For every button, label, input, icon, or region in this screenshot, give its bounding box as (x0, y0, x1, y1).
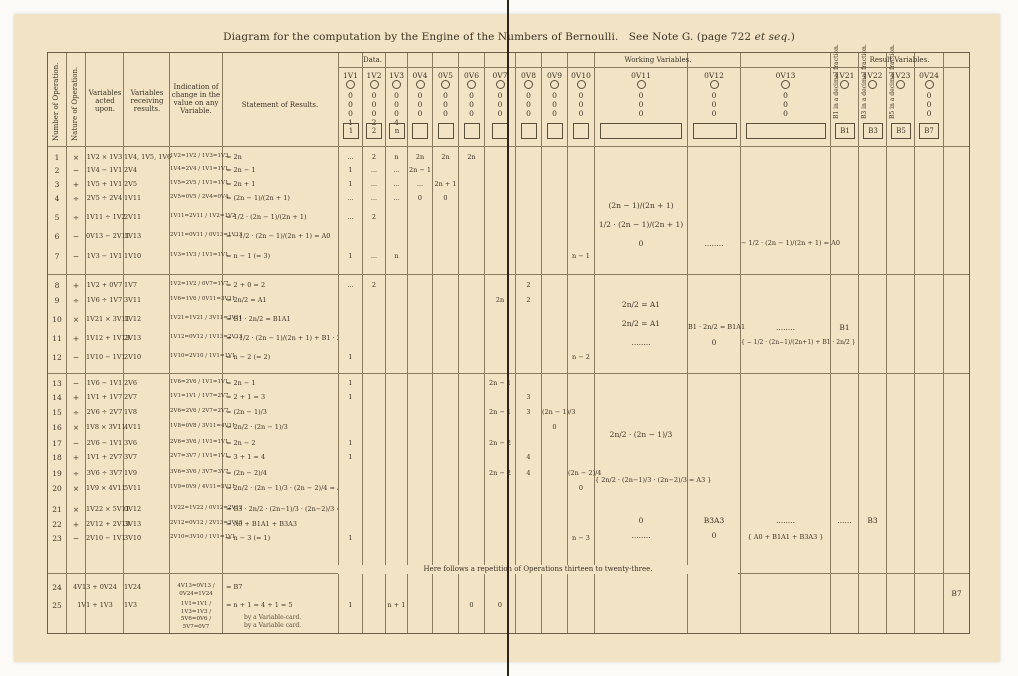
operation-symbol-and-vars: 1V1 + 1V3 (67, 601, 123, 610)
variables-acted: 2V12 + 2V13 (86, 520, 123, 529)
operation-symbol: × (67, 484, 85, 493)
operation-number: 8 (48, 281, 66, 290)
v11-value: ........ (595, 338, 687, 347)
statement-of-result: = B7 (226, 583, 338, 592)
variables-receiving: 2V4 (124, 166, 169, 175)
change-indication: 1V9=0V9 / 4V11=5V11 (170, 484, 222, 492)
grid-value: 2n (408, 153, 432, 162)
statement-of-result: = n − 2 (= 2) (226, 353, 338, 362)
column-name: 0V4 (408, 71, 432, 80)
grid-value: 2n − 1 (408, 166, 432, 175)
v12-value: B1 · 2n/2 = B1A1 (688, 323, 740, 332)
variables-receiving: 2V11 (124, 213, 169, 222)
circle-icon (496, 80, 505, 89)
operation-number: 4 (48, 194, 66, 203)
rule (66, 53, 67, 633)
statement-of-result: = 2 + 1 = 3 (226, 393, 338, 402)
variables-acted: 1V1 + 2V7 (86, 453, 123, 462)
operation-symbol: + (67, 281, 85, 290)
grid-value: 2 (516, 296, 541, 305)
operation-symbol: + (67, 453, 85, 462)
v12-value: B3A3 (688, 516, 740, 525)
column-name: 0V7 (485, 71, 515, 80)
circle-icon (370, 80, 379, 89)
operation-symbol: ÷ (67, 213, 85, 222)
grid-value: 4 (516, 469, 541, 478)
grid-value: 1 (339, 534, 362, 543)
card-box: B1 (835, 123, 855, 139)
operation-number: 9 (48, 296, 66, 305)
grid-value: 2 (363, 213, 385, 222)
v11-value: 0 (595, 239, 687, 248)
card-box (600, 123, 682, 139)
grid-value: 1 (339, 393, 362, 402)
variables-receiving: 1V7 (124, 281, 169, 290)
rule (567, 53, 568, 633)
change-indication: 1V6=1V6 / 0V11=3V11 (170, 296, 222, 304)
grid-value: ... (339, 153, 362, 162)
statement-of-result: = 2 + 0 = 2 (226, 281, 338, 290)
rule (432, 53, 433, 633)
operation-number: 18 (48, 453, 66, 462)
change-indication: 1V2=1V2 / 1V3=1V3 (170, 153, 222, 161)
variables-acted: 1V6 ÷ 1V7 (86, 296, 123, 305)
card-box: n (389, 123, 405, 139)
change-indication: 1V12=0V12 / 1V13=2V13 (170, 334, 222, 342)
circle-icon (781, 80, 790, 89)
column-name: 0V6 (459, 71, 484, 80)
header-statement-of-results: Statement of Results. (224, 101, 336, 109)
variables-receiving: 3V10 (124, 534, 169, 543)
rule (943, 53, 944, 633)
operation-number: 25 (48, 601, 66, 610)
grid-value: n + 1 (386, 601, 407, 610)
v11-value: 2n/2 · (2n − 1)/3 (595, 430, 687, 439)
card-box (693, 123, 737, 139)
circle-icon (710, 80, 719, 89)
grid-value: 0 (459, 601, 484, 610)
card-box (547, 123, 563, 139)
card-box (746, 123, 826, 139)
rule (914, 53, 915, 633)
variables-receiving: 5V11 (124, 484, 169, 493)
grid-value: 2n − 2 (485, 439, 515, 448)
column-0V12: 0V12000 (688, 71, 740, 118)
operation-number: 23 (48, 534, 66, 543)
grid-value: n (386, 252, 407, 261)
digit: 0 (339, 100, 362, 109)
operation-number: 10 (48, 315, 66, 324)
grid-value: ... (363, 180, 385, 189)
column-1V3: 1V30004 (386, 71, 407, 127)
change-indication: 2V12=0V12 / 2V13=3V13 (170, 520, 222, 528)
header-nature-of-operation: Nature of Operation. (71, 67, 79, 141)
operation-symbol: × (67, 153, 85, 162)
grid-value: 1 (339, 180, 362, 189)
column-name: 0V9 (542, 71, 567, 80)
result-label: B1 in a decimal fraction. (833, 44, 840, 119)
variables-receiving: 2V13 (124, 334, 169, 343)
variables-acted: 2V6 − 1V1 (86, 439, 123, 448)
grid-value: 1 (339, 453, 362, 462)
change-indication: 2V11=0V11 / 0V13=1V13 (170, 232, 222, 240)
operation-number: 13 (48, 379, 66, 388)
variables-receiving: 4V11 (124, 423, 169, 432)
statement-of-result: = 2n − 1 (226, 166, 338, 175)
change-indication: 3V6=3V6 / 3V7=3V7 (170, 469, 222, 477)
operation-symbol: − (67, 379, 85, 388)
statement-of-result: = 2n/2 · (2n − 1)/3 (226, 423, 338, 432)
rule (458, 53, 459, 633)
operation-symbol: + (67, 334, 85, 343)
column-name: 0V10 (568, 71, 594, 80)
variables-receiving: 1V8 (124, 408, 169, 417)
operation-symbol: + (67, 180, 85, 189)
variables-acted: 2V10 − 1V1 (86, 534, 123, 543)
circle-icon (896, 80, 905, 89)
change-indication: 2V5=0V5 / 2V4=0V4 (170, 194, 222, 202)
statement-of-result: = 2n/2 · (2n − 1)/3 · (2n − 2)/4 = A3 (226, 484, 338, 493)
rule (362, 53, 363, 633)
change-indication: 2V10=3V10 / 1V1=1V1 (170, 534, 222, 542)
statement-of-result: = n − 3 (= 1) (226, 534, 338, 543)
statement-of-result: = 2n − 1 (226, 379, 338, 388)
rule (515, 53, 516, 633)
operation-number: 14 (48, 393, 66, 402)
column-1V2: 1V20002 (363, 71, 385, 127)
statement-of-result: = A0 + B1A1 + B3A3 (226, 520, 338, 529)
circle-icon (637, 80, 646, 89)
operation-symbol: × (67, 505, 85, 514)
grid-value: n − 2 (568, 353, 594, 362)
rule (169, 53, 170, 633)
grid-value: 2 (363, 153, 385, 162)
variables-acted: 2V6 ÷ 2V7 (86, 408, 123, 417)
repetition-note: Here follows a repetition of Operations … (338, 565, 738, 574)
statement-of-result: = 2n + 1 (226, 180, 338, 189)
operation-number: 19 (48, 469, 66, 478)
operation-number: 5 (48, 213, 66, 222)
grid-value: (2n − 2)/4 (568, 469, 594, 478)
variables-receiving: 1V10 (124, 252, 169, 261)
operation-number: 16 (48, 423, 66, 432)
operation-symbol: − (67, 166, 85, 175)
variables-acted: 1V4 − 1V1 (86, 166, 123, 175)
note-close: ) (791, 31, 795, 43)
result-dots: ...... (831, 516, 858, 525)
statement-of-result: = (2n − 1)/3 (226, 408, 338, 417)
variables-receiving: 2V5 (124, 180, 169, 189)
column-0V7: 0V7000 (485, 71, 515, 118)
v11-value: 1/2 · (2n − 1)/(2n + 1) (595, 220, 687, 229)
card-box: B3 (863, 123, 883, 139)
rule (385, 53, 386, 633)
column-name: 0V8 (516, 71, 541, 80)
digit: 0 (339, 109, 362, 118)
operation-number: 20 (48, 484, 66, 493)
column-name: 0V24 (915, 71, 943, 80)
card-box (521, 123, 537, 139)
column-0V6: 0V6000 (459, 71, 484, 118)
grid-value: 4 (516, 453, 541, 462)
card-box: 2 (366, 123, 382, 139)
circle-icon (577, 80, 586, 89)
result-label: B3 in a decimal fraction. (861, 44, 868, 119)
operation-symbol-and-vars: 4V13 + 0V24 (67, 583, 123, 592)
card-box (492, 123, 508, 139)
variables-receiving: 1V4, 1V5, 1V6 (124, 153, 169, 162)
grid-value: 2n + 1 (433, 180, 458, 189)
variables-acted: 1V2 + 0V7 (86, 281, 123, 290)
card-box (573, 123, 589, 139)
change-indication: 1V1=1V1 / 1V7=2V7 (170, 393, 222, 401)
v12-value: ........ (688, 239, 740, 248)
change-indication: 1V6=2V6 / 1V1=1V1 (170, 379, 222, 387)
statement-of-result: = 2n/2 = A1 (226, 296, 338, 305)
grid-value: ... (386, 166, 407, 175)
circle-icon (550, 80, 559, 89)
change-indication: 1V10=2V10 / 1V1=1V1 (170, 353, 222, 361)
circle-icon (925, 80, 934, 89)
statement-of-result: = (2n − 1)/(2n + 1) (226, 194, 338, 203)
column-1V1: 1V10001 (339, 71, 362, 127)
title-text: Diagram for the computation by the Engin… (223, 31, 618, 43)
header-variables-acted-upon: Variables acted upon. (88, 89, 122, 113)
variables-acted: 1V22 × 5V11 (86, 505, 123, 514)
v11-value: 2n/2 = A1 (595, 300, 687, 309)
digit: 0 (386, 91, 407, 100)
v11-value: 2n/2 = A1 (595, 319, 687, 328)
operation-number: 11 (48, 334, 66, 343)
variables-acted: 1V9 × 4V11 (86, 484, 123, 493)
operation-symbol: − (67, 232, 85, 241)
circle-icon (416, 80, 425, 89)
result-b1: B1 (831, 323, 858, 332)
variables-receiving: 1V3 (124, 601, 169, 610)
circle-icon (868, 80, 877, 89)
digit: 0 (386, 109, 407, 118)
variables-acted: 1V21 × 3V11 (86, 315, 123, 324)
note-text: See Note G. (page 722 (629, 31, 751, 43)
operation-symbol: ÷ (67, 296, 85, 305)
digit: 0 (363, 109, 385, 118)
result-label: B5 in a decimal fraction. (889, 44, 896, 119)
change-indication: 1V1=1V1 / 1V3=1V3 / 5V6=0V6 / 5V7=0V7 (170, 601, 222, 631)
v11-value: { 2n/2 · (2n−1)/3 · (2n−2)/3 = A3 } (595, 476, 687, 485)
column-0V10: 0V10000 (568, 71, 594, 118)
rule (338, 67, 969, 68)
grid-value: 2n − 2 (485, 469, 515, 478)
v12-value: 0 (688, 338, 740, 347)
page-fold-line (507, 0, 509, 676)
variables-receiving: 1V9 (124, 469, 169, 478)
change-indication: 1V8=0V8 / 3V11=4V11 (170, 423, 222, 431)
variables-receiving: 2V10 (124, 353, 169, 362)
v13-value: ........ (741, 516, 830, 525)
grid-value: ... (339, 213, 362, 222)
digit: 0 (363, 91, 385, 100)
header-number-of-operation: Number of Operation. (52, 63, 60, 141)
operation-number: 2 (48, 166, 66, 175)
grid-value: 3 (516, 408, 541, 417)
card-box: B7 (919, 123, 939, 139)
grid-value: ... (363, 194, 385, 203)
rule (123, 53, 124, 633)
operation-number: 17 (48, 439, 66, 448)
change-indication: 2V6=3V6 / 1V1=1V1 (170, 439, 222, 447)
header-result-group: Result Variables. (830, 56, 969, 64)
operation-symbol: − (67, 534, 85, 543)
variables-receiving: 3V11 (124, 296, 169, 305)
grid-value: 1 (339, 166, 362, 175)
v13-value: { A0 + B1A1 + B3A3 } (741, 533, 830, 542)
variables-receiving: 1V12 (124, 315, 169, 324)
column-0V9: 0V9000 (542, 71, 567, 118)
variables-acted: 1V6 − 1V1 (86, 379, 123, 388)
operation-symbol: ÷ (67, 469, 85, 478)
column-0V5: 0V5000 (433, 71, 458, 118)
variables-acted: 1V12 + 1V13 (86, 334, 123, 343)
column-name: 1V1 (339, 71, 362, 80)
operation-number: 21 (48, 505, 66, 514)
rule (858, 53, 859, 633)
v12-value: 0 (688, 531, 740, 540)
statement-of-result: = (2n − 2)/4 (226, 469, 338, 478)
rule (886, 53, 887, 633)
variables-acted: 3V6 ÷ 3V7 (86, 469, 123, 478)
v11-value: (2n − 1)/(2n + 1) (595, 201, 687, 210)
grid-value: ... (363, 252, 385, 261)
column-name: 0V11 (595, 71, 687, 80)
rule (484, 53, 485, 633)
card-box: 1 (343, 123, 359, 139)
operation-number: 1 (48, 153, 66, 162)
operation-symbol: − (67, 252, 85, 261)
grid-value: ... (386, 180, 407, 189)
rule (541, 53, 542, 633)
digit: 0 (386, 100, 407, 109)
operation-symbol: × (67, 315, 85, 324)
card-box (412, 123, 428, 139)
variables-receiving: 2V6 (124, 379, 169, 388)
operation-symbol: − (67, 353, 85, 362)
circle-icon (441, 80, 450, 89)
variables-acted: 1V3 − 1V1 (86, 252, 123, 261)
variables-acted: 2V5 ÷ 2V4 (86, 194, 123, 203)
operation-number: 3 (48, 180, 66, 189)
digit: 0 (339, 91, 362, 100)
grid-value: 0 (485, 601, 515, 610)
operation-symbol: × (67, 423, 85, 432)
note-italic: et seq. (755, 31, 791, 43)
grid-value: 2n (459, 153, 484, 162)
operation-symbol: − (67, 439, 85, 448)
operation-number: 15 (48, 408, 66, 417)
operation-symbol: + (67, 520, 85, 529)
change-indication: 1V5=2V5 / 1V1=1V1 (170, 180, 222, 188)
column-name: 1V3 (386, 71, 407, 80)
v13-value: ........ (741, 323, 830, 332)
grid-value: 1 (339, 379, 362, 388)
variables-receiving: 0V12 (124, 505, 169, 514)
grid-value: n − 1 (568, 252, 594, 261)
header-data-group: Data. (338, 56, 407, 64)
statement-of-result: = −1/2 · (2n − 1)/(2n + 1) + B1 · 2n/2 (226, 334, 338, 343)
grid-value: ... (339, 194, 362, 203)
change-indication: 1V11=2V11 / 1V2=1V2 (170, 213, 222, 221)
statement-of-result: = B1 · 2n/2 = B1A1 (226, 315, 338, 324)
column-0V4: 0V4000 (408, 71, 432, 118)
grid-value: 2n (433, 153, 458, 162)
header-variables-receiving-results: Variables receiving results. (125, 89, 169, 113)
circle-icon (392, 80, 401, 89)
grid-value: 0 (568, 484, 594, 493)
variables-acted: 1V2 × 1V3 (86, 153, 123, 162)
header-working-group: Working Variables. (568, 56, 748, 64)
change-indication: 4V13=0V13 / 0V24=1V24 (170, 583, 222, 598)
grid-value: 2n − 1 (485, 408, 515, 417)
grid-value: 1 (339, 601, 362, 610)
circle-icon (840, 80, 849, 89)
variable-card-note: by a Variable card. (244, 621, 344, 630)
grid-value: 3 (516, 393, 541, 402)
grid-value: 1 (339, 353, 362, 362)
column-0V13: 0V13000 (741, 71, 830, 118)
statement-of-result: = B3 · 2n/2 · (2n−1)/3 · (2n−2)/3 = B3A3 (226, 505, 338, 514)
variables-receiving: 2V7 (124, 393, 169, 402)
grid-value: 2 (363, 281, 385, 290)
card-box: B5 (891, 123, 911, 139)
digit: 0 (363, 100, 385, 109)
circle-icon (346, 80, 355, 89)
operation-symbol: + (67, 393, 85, 402)
variables-acted: 0V13 − 2V11 (86, 232, 123, 241)
operation-symbol: ÷ (67, 408, 85, 417)
grid-value: 0 (433, 194, 458, 203)
grid-value: ... (386, 194, 407, 203)
grid-value: n (386, 153, 407, 162)
grid-value: 0 (542, 423, 567, 432)
variables-acted: 1V8 × 3V11 (86, 423, 123, 432)
grid-value: 1 (339, 252, 362, 261)
operation-number: 12 (48, 353, 66, 362)
operation-number: 7 (48, 252, 66, 261)
statement-of-result: = 2n (226, 153, 338, 162)
statement-of-result: = −1/2 · (2n − 1)/(2n + 1) = A0 (226, 232, 338, 241)
statement-of-result: = 2n − 2 (226, 439, 338, 448)
grid-value: (2n − 1)/3 (542, 408, 567, 417)
variables-acted: 1V1 + 1V7 (86, 393, 123, 402)
statement-of-result: = 3 + 1 = 4 (226, 453, 338, 462)
v11-value: 0 (595, 516, 687, 525)
operation-symbol: ÷ (67, 194, 85, 203)
statement-of-result: = 1/2 · (2n − 1)/(2n + 1) (226, 213, 338, 222)
variables-receiving: 1V24 (124, 583, 169, 592)
variables-acted: 1V10 − 1V1 (86, 353, 123, 362)
statement-of-result: = n − 1 (= 3) (226, 252, 338, 261)
grid-value: ... (363, 166, 385, 175)
variables-receiving: 3V6 (124, 439, 169, 448)
change-indication: 2V7=3V7 / 1V1=1V1 (170, 453, 222, 461)
operation-number: 22 (48, 520, 66, 529)
column-name: 0V5 (433, 71, 458, 80)
v13-value: − 1/2 · (2n − 1)/(2n + 1) = A0 (741, 239, 830, 248)
v13-value: { − 1/2 · (2n−1)/(2n+1) + B1 · 2n/2 } (741, 338, 830, 347)
result-b7: B7 (944, 589, 969, 598)
grid-value: ... (339, 281, 362, 290)
rule (222, 53, 223, 633)
circle-icon (467, 80, 476, 89)
